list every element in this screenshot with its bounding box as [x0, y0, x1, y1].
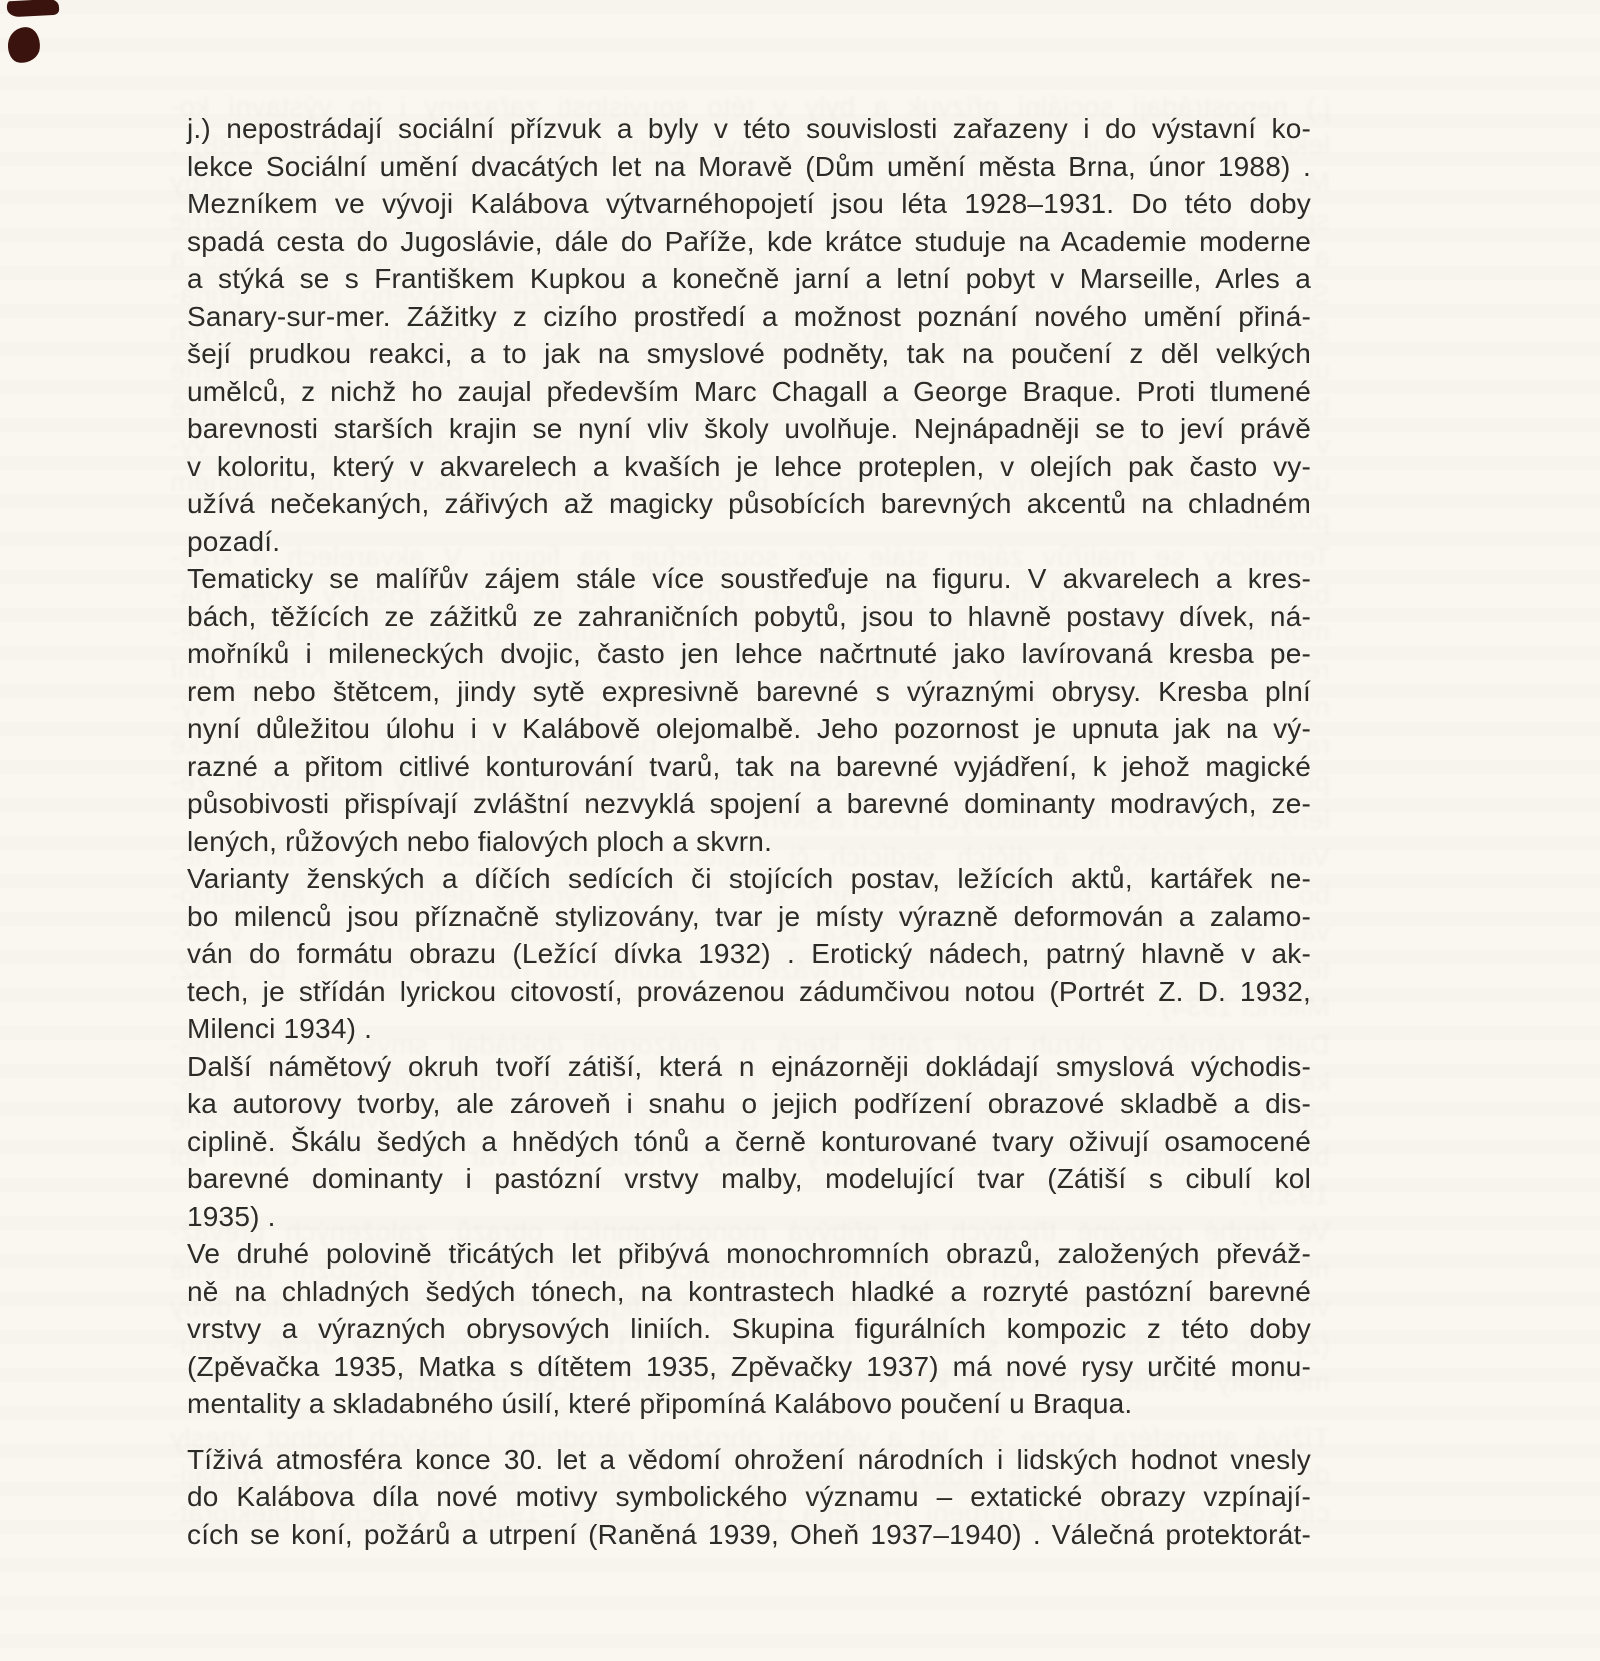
paragraph: Tematicky se malířův zájem stále více so… — [187, 560, 1311, 860]
text-line: v koloritu, který v akvarelech a kvaších… — [187, 448, 1311, 486]
text-line: tech, je střídán lyrickou citovostí, pro… — [187, 973, 1311, 1011]
text-line: ka autorovy tvorby, ale zároveň i snahu … — [187, 1085, 1311, 1123]
text-line: mořníků i mileneckých dvojic, často jen … — [187, 635, 1311, 673]
paragraph: Ve druhé polovině třicátých let přibývá … — [187, 1235, 1311, 1423]
paragraph: Tíživá atmosféra konce 30. let a vědomí … — [187, 1441, 1311, 1554]
text-line: Varianty ženských a díčích sedících či s… — [187, 860, 1311, 898]
text-line: ván do formátu obrazu (Ležící dívka 1932… — [187, 935, 1311, 973]
text-line: bách, těžících ze zážitků ze zahraničníc… — [187, 598, 1311, 636]
paragraph: Další námětový okruh tvoří zátiší, která… — [187, 1048, 1311, 1236]
text-line: Tíživá atmosféra konce 30. let a vědomí … — [187, 1441, 1311, 1479]
text-line: Tematicky se malířův zájem stále více so… — [187, 560, 1311, 598]
paragraph: j.) nepostrádají sociální přízvuk a byly… — [187, 110, 1311, 560]
ink-mark-top — [7, 0, 60, 17]
text-line: cích se koní, požárů a utrpení (Raněná 1… — [187, 1516, 1311, 1554]
text-line: ně na chladných šedých tónech, na kontra… — [187, 1273, 1311, 1311]
text-line: razné a přitom citlivé konturování tvarů… — [187, 748, 1311, 786]
text-line: Další námětový okruh tvoří zátiší, která… — [187, 1048, 1311, 1086]
ink-mark-bottom — [6, 26, 41, 65]
text-line: 1935) . — [187, 1198, 1311, 1236]
text-line: působivosti přispívají zvláštní nezvyklá… — [187, 785, 1311, 823]
text-line: pozadí. — [187, 523, 1311, 561]
text-line: bo milenců jsou příznačně stylizovány, t… — [187, 898, 1311, 936]
text-line: rem nebo štětcem, jindy sytě expresivně … — [187, 673, 1311, 711]
text-line: spadá cesta do Jugoslávie, dále do Paříž… — [187, 223, 1311, 261]
scanned-page: j.) nepostrádají sociální přízvuk a byly… — [0, 0, 1600, 1661]
text-line: j.) nepostrádají sociální přízvuk a byly… — [187, 110, 1311, 148]
paragraph: Varianty ženských a díčích sedících či s… — [187, 860, 1311, 1048]
text-line: barevné dominanty i pastózní vrstvy malb… — [187, 1160, 1311, 1198]
text-line: ciplině. Škálu šedých a hnědých tónů a č… — [187, 1123, 1311, 1161]
text-line: barevnosti starších krajin se nyní vliv … — [187, 410, 1311, 448]
text-line: šejí prudkou reakci, a to jak na smyslov… — [187, 335, 1311, 373]
text-line: (Zpěvačka 1935, Matka s dítětem 1935, Zp… — [187, 1348, 1311, 1386]
text-line: Mezníkem ve vývoji Kalábova výtvarnéhopo… — [187, 185, 1311, 223]
text-line: Ve druhé polovině třicátých let přibývá … — [187, 1235, 1311, 1273]
text-line: do Kalábova díla nové motivy symbolickéh… — [187, 1478, 1311, 1516]
text-block: j.) nepostrádají sociální přízvuk a byly… — [187, 110, 1311, 1553]
text-line: umělců, z nichž ho zaujal především Marc… — [187, 373, 1311, 411]
text-line: užívá nečekaných, zářivých až magicky pů… — [187, 485, 1311, 523]
text-line: a stýká se s Františkem Kupkou a konečně… — [187, 260, 1311, 298]
text-line: mentality a skladabného úsilí, které při… — [187, 1385, 1311, 1423]
text-line: Milenci 1934) . — [187, 1010, 1311, 1048]
text-line: lených, růžových nebo fialových ploch a … — [187, 823, 1311, 861]
text-line: lekce Sociální umění dvacátých let na Mo… — [187, 148, 1311, 186]
text-line: nyní důležitou úlohu i v Kalábově olejom… — [187, 710, 1311, 748]
text-line: vrstvy a výrazných obrysových liniích. S… — [187, 1310, 1311, 1348]
text-line: Sanary-sur-mer. Zážitky z cizího prostře… — [187, 298, 1311, 336]
